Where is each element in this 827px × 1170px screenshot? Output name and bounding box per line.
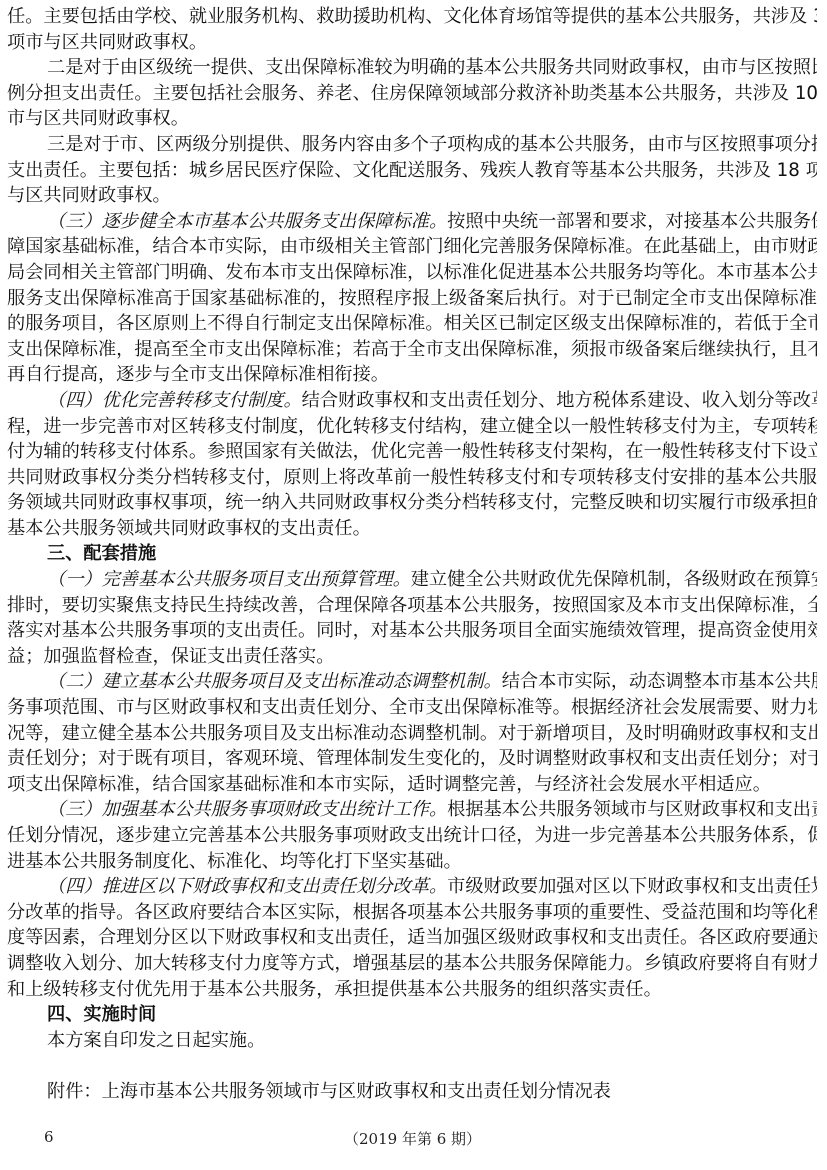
text-run: 结合本市实际，动态调整本市基本公共服 [502,671,817,692]
text-line: （四）优化完善转移支付制度。结合财政事权和支出责任划分、地方税体系建设、收入划分… [7,388,817,414]
text-line: 与区共同财政事权。 [7,183,817,209]
text-line: （二）建立基本公共服务项目及支出标准动态调整机制。结合本市实际，动态调整本市基本… [7,669,817,695]
text-line: 支出保障标准，提高至全市支出保障标准；若高于全市支出保障标准，须报市级备案后继续… [7,337,817,363]
text-line: 支出责任。主要包括：城乡居民医疗保险、文化配送服务、残疾人教育等基本公共服务，共… [7,158,817,184]
document-page: 任。主要包括由学校、就业服务机构、救助援助机构、文化体育场馆等提供的基本公共服务… [7,4,817,1105]
subsection-district-reform: （四）推进区以下财政事权和支出责任划分改革。市级财政要加强对区以下财政事权和支出… [7,874,817,1002]
attachment-note: 附件：上海市基本公共服务领域市与区财政事权和支出责任划分情况表 [7,1079,817,1105]
text-line: 任划分情况，逐步建立完善基本公共服务事项财政支出统计口径，为进一步完善基本公共服… [7,823,817,849]
text-line: 服务支出保障标准高于国家基础标准的，按照程序报上级备案后执行。对于已制定全市支出… [7,286,817,312]
text-line: 度等因素，合理划分区以下财政事权和支出责任，适当加强区级财政事权和支出责任。各区… [7,925,817,951]
section-heading-implementation-time: 四、实施时间 [7,1002,817,1028]
text-line: 和上级转移支付优先用于基本公共服务，承担提供基本公共服务的组织落实责任。 [7,977,817,1003]
subsection-budget-management: （一）完善基本公共服务项目支出预算管理。建立健全公共财政优先保障机制，各级财政在… [7,567,817,669]
text-line: 排时，要切实聚焦支持民生持续改善，合理保障各项基本公共服务，按照国家及本市支出保… [7,593,817,619]
subsection-transfer-payments: （四）优化完善转移支付制度。结合财政事权和支出责任划分、地方税体系建设、收入划分… [7,388,817,542]
text-line: 项市与区共同财政事权。 [7,30,817,56]
page-footer: 6 （2019 年第 6 期） [0,1128,827,1152]
spacer [7,1053,817,1079]
page-number: 6 [44,1128,54,1146]
text-line: 程，进一步完善市对区转移支付制度，优化转移支付结构，建立健全以一般性转移支付为主… [7,414,817,440]
text-line: 分改革的指导。各区政府要结合本区实际，根据各项基本公共服务事项的重要性、受益范围… [7,900,817,926]
text-line: 障国家基础标准，结合本市实际，由市级相关主管部门细化完善服务保障标准。在此基础上… [7,234,817,260]
paragraph-second-category: 二是对于由区级统一提供、支出保障标准较为明确的基本公共服务共同财政事权，由市与区… [7,55,817,132]
text-line: 市与区共同财政事权。 [7,106,817,132]
text-line: 调整收入划分、加大转移支付力度等方式，增强基层的基本公共服务保障能力。乡镇政府要… [7,951,817,977]
text-line: 务事项范围、市与区财政事权和支出责任划分、全市支出保障标准等。根据经济社会发展需… [7,695,817,721]
text-line: 任。主要包括由学校、就业服务机构、救助援助机构、文化体育场馆等提供的基本公共服务… [7,4,817,30]
subsection-lead: （二）建立基本公共服务项目及支出标准动态调整机制。 [47,671,502,692]
paragraph-continuation: 任。主要包括由学校、就业服务机构、救助援助机构、文化体育场馆等提供的基本公共服务… [7,4,817,55]
subsection-statistics: （三）加强基本公共服务事项财政支出统计工作。根据基本公共服务领域市与区财政事权和… [7,797,817,874]
text-line: （三）加强基本公共服务事项财政支出统计工作。根据基本公共服务领域市与区财政事权和… [7,797,817,823]
text-line: 再自行提高，逐步与全市支出保障标准相衔接。 [7,362,817,388]
text-line: 项支出保障标准，结合国家基础标准和本市实际，适时调整完善，与经济社会发展水平相适… [7,772,817,798]
text-line: （三）逐步健全本市基本公共服务支出保障标准。按照中央统一部署和要求，对接基本公共… [7,209,817,235]
text-run: 建立健全公共财政优先保障机制，各级财政在预算安 [411,569,817,590]
subsection-lead: （一）完善基本公共服务项目支出预算管理。 [47,569,411,590]
text-line: 局会同相关主管部门明确、发布本市支出保障标准，以标准化促进基本公共服务均等化。本… [7,260,817,286]
text-run: 根据基本公共服务领域市与区财政事权和支出责 [447,799,817,820]
subsection-dynamic-adjustment: （二）建立基本公共服务项目及支出标准动态调整机制。结合本市实际，动态调整本市基本… [7,669,817,797]
text-run: 结合财政事权和支出责任划分、地方税体系建设、收入划分等改革进 [302,390,817,411]
text-line: 付为辅的转移支付体系。参照国家有关做法，优化完善一般性转移支付架构，在一般性转移… [7,439,817,465]
section-heading-supporting-measures: 三、配套措施 [7,541,817,567]
subsection-lead: （三）逐步健全本市基本公共服务支出保障标准。 [47,211,447,232]
subsection-expenditure-standards: （三）逐步健全本市基本公共服务支出保障标准。按照中央统一部署和要求，对接基本公共… [7,209,817,388]
issue-label: （2019 年第 6 期） [344,1128,481,1149]
text-line: 共同财政事权分类分档转移支付，原则上将改革前一般性转移支付和专项转移支付安排的基… [7,465,817,491]
text-line: 益；加强监督检查，保证支出责任落实。 [7,644,817,670]
text-line: 例分担支出责任。主要包括社会服务、养老、住房保障领域部分救济补助类基本公共服务，… [7,81,817,107]
implementation-statement: 本方案自印发之日起实施。 [7,1028,817,1054]
text-run: 按照中央统一部署和要求，对接基本公共服务保 [447,211,817,232]
text-line: 三是对于市、区两级分别提供、服务内容由多个子项构成的基本公共服务，由市与区按照事… [7,132,817,158]
text-line: 况等，建立健全基本公共服务项目及支出标准动态调整机制。对于新增项目，及时明确财政… [7,721,817,747]
text-line: 责任划分；对于既有项目，客观环境、管理体制发生变化的，及时调整财政事权和支出责任… [7,746,817,772]
paragraph-third-category: 三是对于市、区两级分别提供、服务内容由多个子项构成的基本公共服务，由市与区按照事… [7,132,817,209]
text-line: （四）推进区以下财政事权和支出责任划分改革。市级财政要加强对区以下财政事权和支出… [7,874,817,900]
text-line: 落实对基本公共服务事项的支出责任。同时，对基本公共服务项目全面实施绩效管理，提高… [7,618,817,644]
text-line: 进基本公共服务制度化、标准化、均等化打下坚实基础。 [7,849,817,875]
subsection-lead: （四）优化完善转移支付制度。 [47,390,302,411]
text-line: 基本公共服务领域共同财政事权的支出责任。 [7,516,817,542]
text-line: 务领域共同财政事权事项，统一纳入共同财政事权分类分档转移支付，完整反映和切实履行… [7,490,817,516]
text-line: 的服务项目，各区原则上不得自行制定支出保障标准。相关区已制定区级支出保障标准的，… [7,311,817,337]
text-line: （一）完善基本公共服务项目支出预算管理。建立健全公共财政优先保障机制，各级财政在… [7,567,817,593]
subsection-lead: （四）推进区以下财政事权和支出责任划分改革。 [47,876,447,897]
text-run: 市级财政要加强对区以下财政事权和支出责任划 [447,876,817,897]
text-line: 二是对于由区级统一提供、支出保障标准较为明确的基本公共服务共同财政事权，由市与区… [7,55,817,81]
subsection-lead: （三）加强基本公共服务事项财政支出统计工作。 [47,799,447,820]
